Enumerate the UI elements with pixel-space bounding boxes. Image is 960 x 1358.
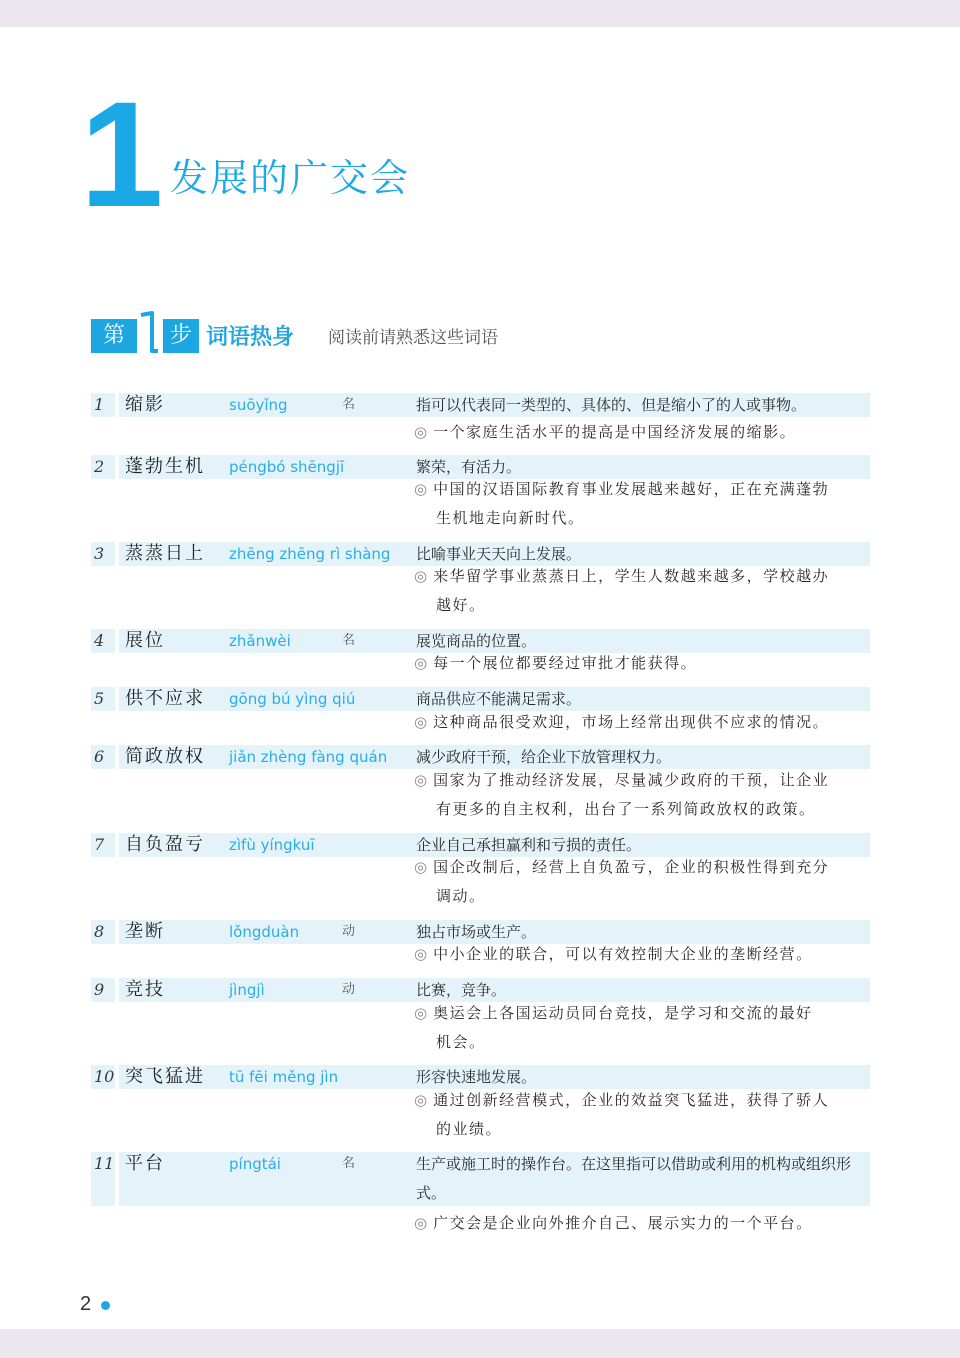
textbook-page: 1 发展的广交会 第 步 词语热身 阅读前请熟悉这些词语 1缩影suōyǐng名… <box>0 27 960 1329</box>
example-text: 国企改制后，经营上自负盈亏，企业的积极性得到充分 <box>433 858 829 876</box>
vocab-example: ◎奥运会上各国运动员同台竞技，是学习和交流的最好 <box>414 999 872 1028</box>
vocab-word: 蓬勃生机 <box>125 455 205 479</box>
example-marker-icon: ◎ <box>414 567 427 585</box>
example-marker-icon: ◎ <box>414 1004 427 1022</box>
vocab-example-continued: 越好。 <box>414 591 872 620</box>
example-text: 每一个展位都要经过审批才能获得。 <box>433 654 697 672</box>
vocab-part-of-speech: 名 <box>342 629 355 653</box>
vocab-example-continued: 生机地走向新时代。 <box>414 504 872 533</box>
vocab-row-divider <box>115 1152 119 1206</box>
vocab-part-of-speech: 名 <box>342 1152 355 1176</box>
vocab-pinyin: péngbó shēngjī <box>229 455 344 479</box>
vocab-number: 1 <box>94 393 114 417</box>
example-marker-icon: ◎ <box>414 1091 427 1109</box>
example-marker-icon: ◎ <box>414 945 427 963</box>
example-text: 一个家庭生活水平的提高是中国经济发展的缩影。 <box>433 423 796 441</box>
vocab-example-continued: 的业绩。 <box>414 1115 872 1144</box>
vocab-word: 自负盈亏 <box>125 833 205 857</box>
vocab-example: ◎这种商品很受欢迎，市场上经常出现供不应求的情况。 <box>414 708 872 737</box>
example-text: 通过创新经营模式，企业的效益突飞猛进，获得了骄人 <box>433 1091 829 1109</box>
vocab-row-divider <box>115 629 119 653</box>
example-marker-icon: ◎ <box>414 713 427 731</box>
vocab-row-divider <box>115 393 119 417</box>
vocab-example: ◎来华留学事业蒸蒸日上，学生人数越来越多，学校越办 <box>414 562 872 591</box>
step-description: 阅读前请熟悉这些词语 <box>328 325 498 351</box>
lesson-number: 1 <box>80 79 159 229</box>
vocab-number: 9 <box>94 978 114 1002</box>
step-name: 词语热身 <box>206 321 294 353</box>
vocab-example: ◎国企改制后，经营上自负盈亏，企业的积极性得到充分 <box>414 853 872 882</box>
vocab-example: ◎一个家庭生活水平的提高是中国经济发展的缩影。 <box>414 418 872 447</box>
vocab-number: 11 <box>94 1152 114 1176</box>
example-text: 中小企业的联合，可以有效控制大企业的垄断经营。 <box>433 945 813 963</box>
example-text: 国家为了推动经济发展，尽量减少政府的干预，让企业 <box>433 771 829 789</box>
example-text-continued: 机会。 <box>414 1033 486 1051</box>
vocab-part-of-speech: 动 <box>342 920 355 944</box>
vocab-example-continued: 调动。 <box>414 882 872 911</box>
vocab-pinyin: lǒngduàn <box>229 920 299 944</box>
vocab-row-divider <box>115 1065 119 1089</box>
vocab-row-divider <box>115 978 119 1002</box>
vocab-pinyin: píngtái <box>229 1152 281 1176</box>
vocab-example: ◎国家为了推动经济发展，尽量减少政府的干预，让企业 <box>414 766 872 795</box>
vocab-number: 5 <box>94 687 114 711</box>
vocab-word: 缩影 <box>125 393 165 417</box>
vocab-example-continued: 有更多的自主权利，出台了一系列简政放权的政策。 <box>414 795 872 824</box>
vocab-example-continued: 机会。 <box>414 1028 872 1057</box>
step-label-left: 第 <box>91 319 137 353</box>
vocab-number: 4 <box>94 629 114 653</box>
vocab-pinyin: jìngjì <box>229 978 265 1002</box>
example-marker-icon: ◎ <box>414 771 427 789</box>
vocab-definition: 指可以代表同一类型的、具体的、但是缩小了的人或事物。 <box>416 393 866 417</box>
example-marker-icon: ◎ <box>414 858 427 876</box>
top-margin-strip <box>0 0 960 27</box>
example-marker-icon: ◎ <box>414 654 427 672</box>
example-text-continued: 有更多的自主权利，出台了一系列简政放权的政策。 <box>414 800 816 818</box>
example-text-continued: 的业绩。 <box>414 1120 502 1138</box>
vocab-part-of-speech: 动 <box>342 978 355 1002</box>
vocab-word: 垄断 <box>125 920 165 944</box>
vocab-row-divider <box>115 542 119 566</box>
vocab-pinyin: jiǎn zhèng fàng quán <box>229 745 387 769</box>
vocab-part-of-speech: 名 <box>342 393 355 417</box>
vocab-row-divider <box>115 833 119 857</box>
vocab-word: 蒸蒸日上 <box>125 542 205 566</box>
vocab-pinyin: zhǎnwèi <box>229 629 291 653</box>
vocab-definition: 生产或施工时的操作台。在这里指可以借助或利用的机构或组织形式。 <box>416 1150 866 1208</box>
vocab-word: 突飞猛进 <box>125 1065 205 1089</box>
vocab-pinyin: suōyǐng <box>229 393 288 417</box>
vocab-word: 竞技 <box>125 978 165 1002</box>
vocab-example: ◎每一个展位都要经过审批才能获得。 <box>414 649 872 678</box>
vocab-row-divider <box>115 455 119 479</box>
lesson-title: 发展的广交会 <box>170 147 410 202</box>
example-marker-icon: ◎ <box>414 423 427 441</box>
example-text: 中国的汉语国际教育事业发展越来越好，正在充满蓬勃 <box>433 480 829 498</box>
vocab-pinyin: tū fēi měng jìn <box>229 1065 338 1089</box>
bottom-margin-strip <box>0 1329 960 1358</box>
example-text-continued: 越好。 <box>414 596 486 614</box>
vocab-word: 展位 <box>125 629 165 653</box>
vocab-example: ◎通过创新经营模式，企业的效益突飞猛进，获得了骄人 <box>414 1086 872 1115</box>
page-dot-icon <box>101 1301 110 1310</box>
page-number: 2 <box>80 1293 91 1316</box>
vocab-number: 10 <box>94 1065 114 1089</box>
vocab-number: 8 <box>94 920 114 944</box>
example-text: 奥运会上各国运动员同台竞技，是学习和交流的最好 <box>433 1004 813 1022</box>
vocab-pinyin: zìfù yíngkuī <box>229 833 315 857</box>
vocab-pinyin: zhēng zhēng rì shàng <box>229 542 390 566</box>
vocab-word: 简政放权 <box>125 745 205 769</box>
example-text-continued: 生机地走向新时代。 <box>414 509 585 527</box>
example-text-continued: 调动。 <box>414 887 486 905</box>
example-marker-icon: ◎ <box>414 480 427 498</box>
step-number-one-icon <box>138 311 162 353</box>
example-text: 广交会是企业向外推介自己、展示实力的一个平台。 <box>433 1214 813 1232</box>
example-marker-icon: ◎ <box>414 1214 427 1232</box>
vocab-number: 6 <box>94 745 114 769</box>
vocab-example: ◎广交会是企业向外推介自己、展示实力的一个平台。 <box>414 1209 872 1238</box>
vocab-number: 2 <box>94 455 114 479</box>
vocab-row-divider <box>115 920 119 944</box>
vocab-example: ◎中国的汉语国际教育事业发展越来越好，正在充满蓬勃 <box>414 475 872 504</box>
example-text: 这种商品很受欢迎，市场上经常出现供不应求的情况。 <box>433 713 829 731</box>
vocab-word: 供不应求 <box>125 687 205 711</box>
vocab-number: 3 <box>94 542 114 566</box>
vocab-row-divider <box>115 687 119 711</box>
vocab-row-divider <box>115 745 119 769</box>
step-label-right: 步 <box>163 319 199 353</box>
vocab-pinyin: gōng bú yìng qiú <box>229 687 355 711</box>
vocab-example: ◎中小企业的联合，可以有效控制大企业的垄断经营。 <box>414 940 872 969</box>
vocab-number: 7 <box>94 833 114 857</box>
vocab-word: 平台 <box>125 1152 165 1176</box>
example-text: 来华留学事业蒸蒸日上，学生人数越来越多，学校越办 <box>433 567 829 585</box>
